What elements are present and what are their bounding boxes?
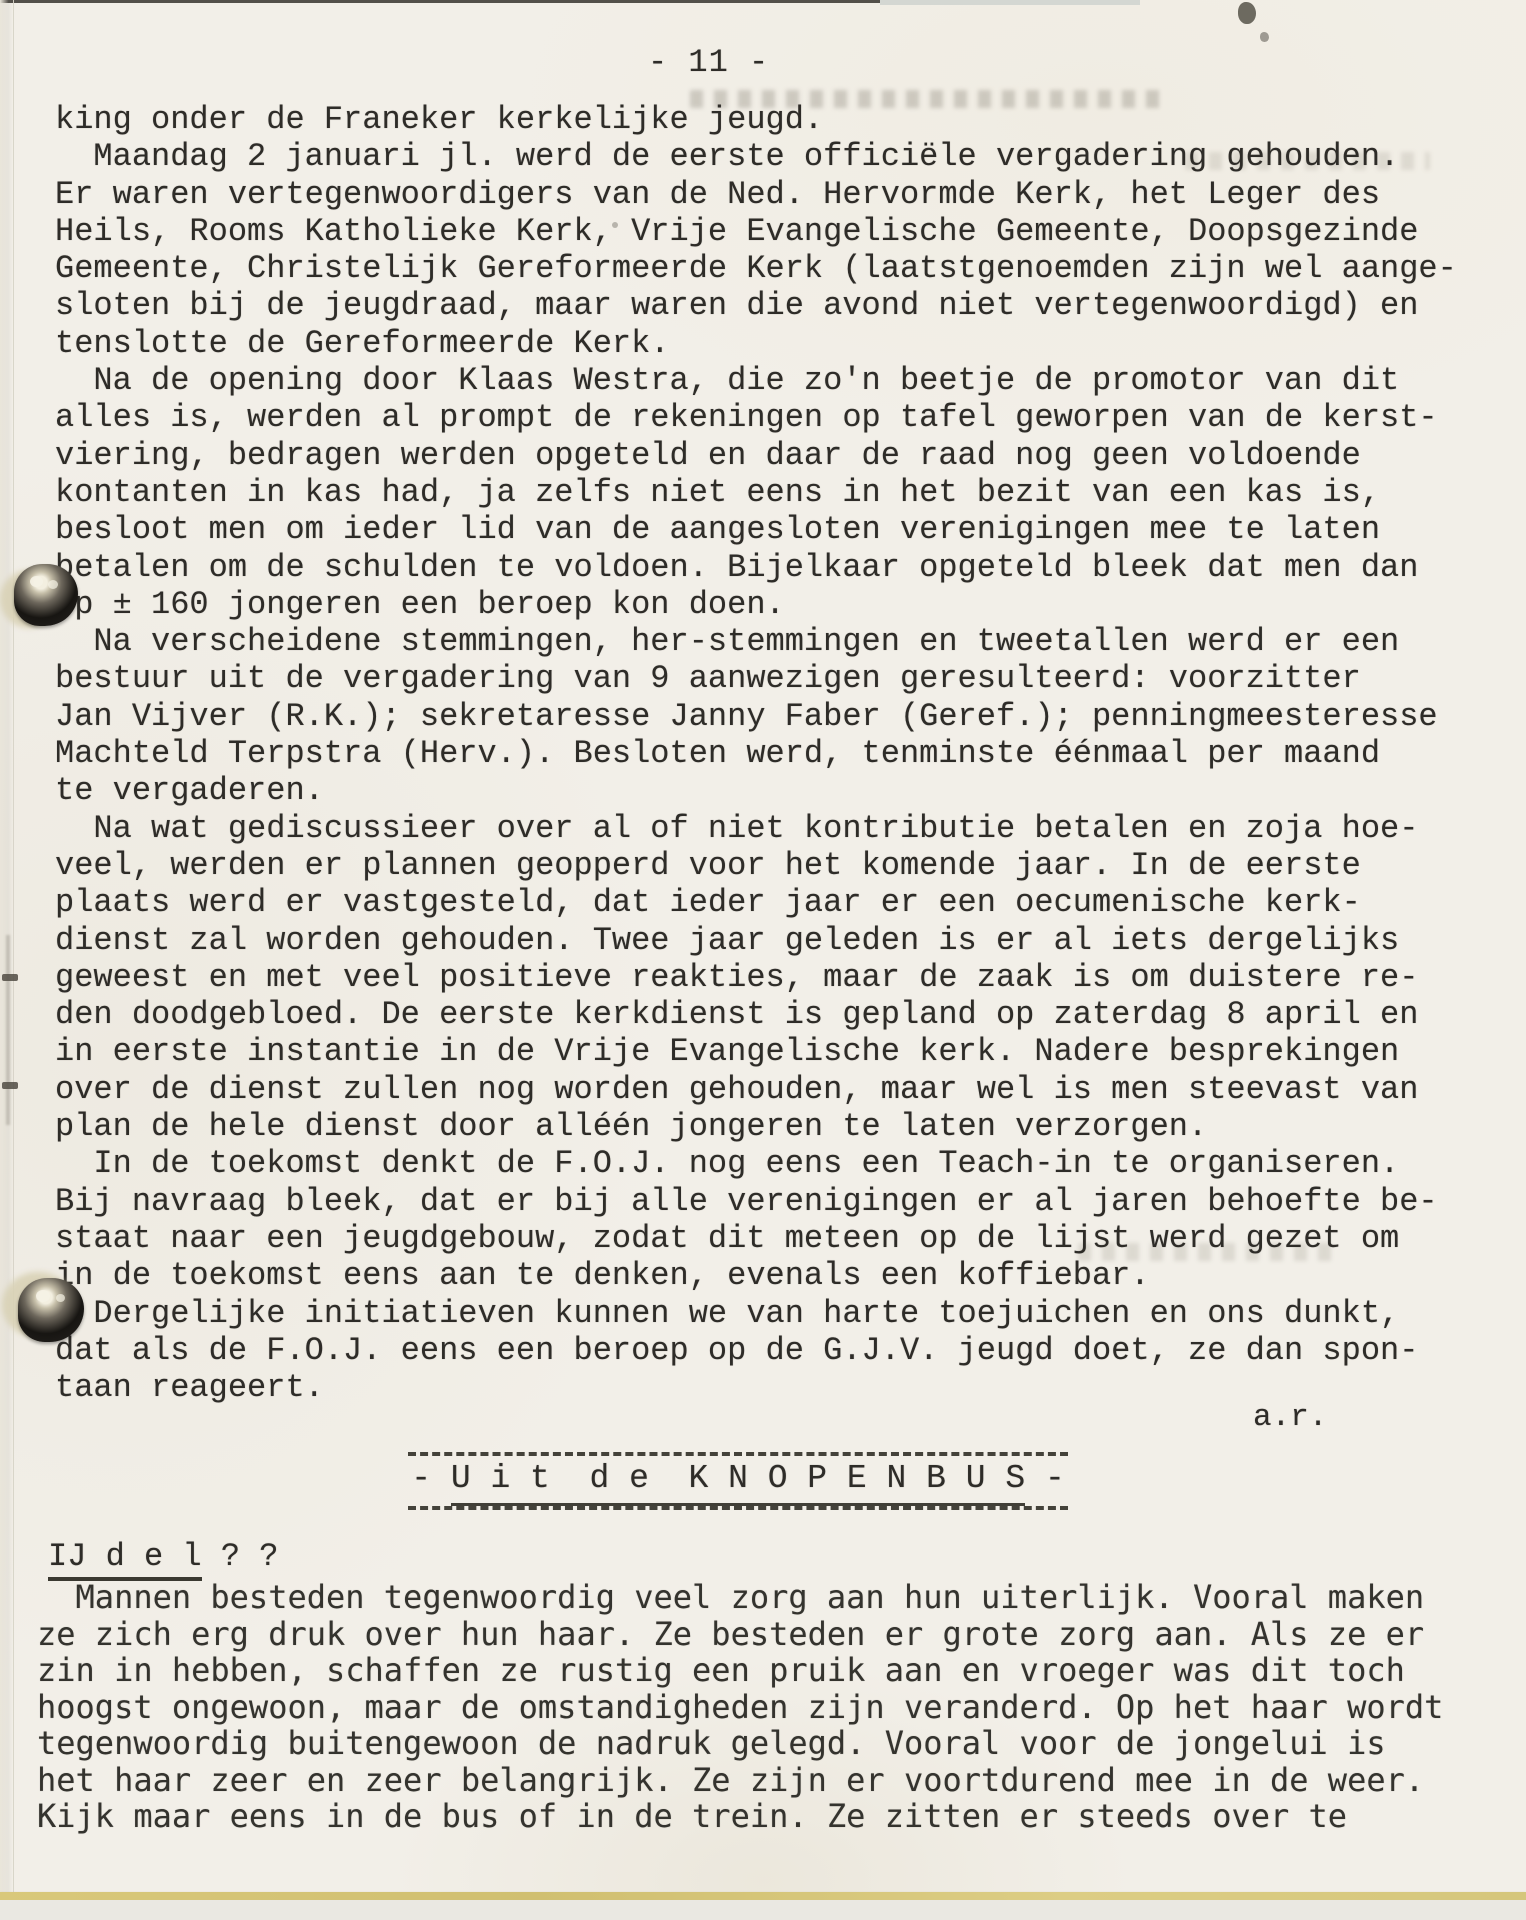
- text-line: Dergelijke initiatieven kunnen we van ha…: [55, 1295, 1457, 1332]
- author-initials: a.r.: [1253, 1400, 1327, 1435]
- underlying-page: [0, 1900, 1526, 1920]
- text-line: sloten bij de jeugdraad, maar waren die …: [55, 287, 1457, 324]
- text-line: besloot men om ieder lid van de aangeslo…: [55, 511, 1457, 548]
- staple-mark-bottom: [2, 1082, 18, 1089]
- text-line: Jan Vijver (R.K.); sekretaresse Janny Fa…: [55, 698, 1457, 735]
- binding-fastener-bottom: [0, 1266, 100, 1361]
- text-line: betalen om de schulden te voldoen. Bijel…: [55, 549, 1457, 586]
- ink-speck: [1260, 32, 1269, 42]
- scan-top-edge-dark: [0, 0, 880, 3]
- subheading-questionmarks: ? ?: [202, 1538, 279, 1575]
- text-line: te vergaderen.: [55, 772, 1457, 809]
- page-bottom-edge: [0, 1892, 1526, 1900]
- ink-speck: [1238, 2, 1256, 24]
- section-title-prefix: -: [411, 1460, 451, 1497]
- article-ijdel-text: Mannen besteden tegenwoordig veel zorg a…: [37, 1579, 1443, 1835]
- fastener-knob: [18, 1278, 84, 1342]
- text-line: kontanten in kas had, ja zelfs niet eens…: [55, 474, 1457, 511]
- dashed-divider-bottom: [408, 1506, 1068, 1510]
- section-title-text: U i t d e K N O P E N B U S: [451, 1458, 1025, 1506]
- text-line: Heils, Rooms Katholieke Kerk, Vrije Evan…: [55, 213, 1457, 250]
- section-title: - U i t d e K N O P E N B U S -: [400, 1458, 1076, 1506]
- text-line: Maandag 2 januari jl. werd de eerste off…: [55, 138, 1457, 175]
- fastener-knob: [14, 564, 78, 626]
- text-line: in eerste instantie in de Vrije Evangeli…: [55, 1033, 1457, 1070]
- text-line: veel, werden er plannen geopperd voor he…: [55, 847, 1457, 884]
- text-line: ze zich erg druk over hun haar. Ze beste…: [37, 1616, 1443, 1653]
- binding-fastener-top: [0, 556, 95, 646]
- text-line: staat naar een jeugdgebouw, zodat dit me…: [55, 1220, 1457, 1257]
- binding-crease: [6, 935, 10, 1125]
- page-number: - 11 -: [648, 44, 769, 81]
- fastener-glint: [36, 1290, 50, 1302]
- text-line: op ± 160 jongeren een beroep kon doen.: [55, 586, 1457, 623]
- knopenbus-section-heading: - U i t d e K N O P E N B U S -: [400, 1452, 1076, 1510]
- text-line: Na verscheidene stemmingen, her-stemming…: [55, 623, 1457, 660]
- article-foj-report: king onder de Franeker kerkelijke jeugd.…: [55, 101, 1457, 1406]
- document-page: - 11 - king onder de Franeker kerkelijke…: [0, 0, 1526, 1920]
- text-line: Na wat gediscussieer over al of niet kon…: [55, 810, 1457, 847]
- text-line: Er waren vertegenwoordigers van de Ned. …: [55, 176, 1457, 213]
- fastener-glint: [56, 1294, 65, 1302]
- section-title-suffix: -: [1025, 1460, 1065, 1497]
- text-line: dienst zal worden gehouden. Twee jaar ge…: [55, 922, 1457, 959]
- text-line: Mannen besteden tegenwoordig veel zorg a…: [37, 1579, 1443, 1616]
- fastener-glint: [48, 580, 58, 589]
- text-line: Kijk maar eens in de bus of in de trein.…: [37, 1798, 1443, 1835]
- text-line: Na de opening door Klaas Westra, die zo'…: [55, 362, 1457, 399]
- text-line: bestuur uit de vergadering van 9 aanwezi…: [55, 660, 1457, 697]
- scan-top-edge-light: [880, 0, 1140, 5]
- fastener-glint: [30, 576, 43, 587]
- article-subheading: IJ d e l ? ?: [48, 1538, 278, 1581]
- text-line: over de dienst zullen nog worden gehoude…: [55, 1071, 1457, 1108]
- staple-mark-top: [2, 974, 18, 981]
- dashed-divider-top: [408, 1452, 1068, 1456]
- text-line: den doodgebloed. De eerste kerkdienst is…: [55, 996, 1457, 1033]
- text-line: het haar zeer en zeer belangrijk. Ze zij…: [37, 1762, 1443, 1799]
- text-line: plaats werd er vastgesteld, dat ieder ja…: [55, 884, 1457, 921]
- text-line: plan de hele dienst door alléén jongeren…: [55, 1108, 1457, 1145]
- text-line: Bij navraag bleek, dat er bij alle veren…: [55, 1183, 1457, 1220]
- text-line: geweest en met veel positieve reakties, …: [55, 959, 1457, 996]
- text-line: dat als de F.O.J. eens een beroep op de …: [55, 1332, 1457, 1369]
- text-line: zin in hebben, schaffen ze rustig een pr…: [37, 1652, 1443, 1689]
- text-line: Gemeente, Christelijk Gereformeerde Kerk…: [55, 250, 1457, 287]
- subheading-text: IJ d e l: [48, 1538, 202, 1581]
- text-line: alles is, werden al prompt de rekeningen…: [55, 399, 1457, 436]
- text-line: taan reageert.: [55, 1369, 1457, 1406]
- text-line: viering, bedragen werden opgeteld en daa…: [55, 437, 1457, 474]
- text-line: Machteld Terpstra (Herv.). Besloten werd…: [55, 735, 1457, 772]
- text-line: tegenwoordig buitengewoon de nadruk gele…: [37, 1725, 1443, 1762]
- text-line: hoogst ongewoon, maar de omstandigheden …: [37, 1689, 1443, 1726]
- text-line: tenslotte de Gereformeerde Kerk.: [55, 325, 1457, 362]
- text-line: In de toekomst denkt de F.O.J. nog eens …: [55, 1145, 1457, 1182]
- text-line: in de toekomst eens aan te denken, evena…: [55, 1257, 1457, 1294]
- text-line: king onder de Franeker kerkelijke jeugd.: [55, 101, 1457, 138]
